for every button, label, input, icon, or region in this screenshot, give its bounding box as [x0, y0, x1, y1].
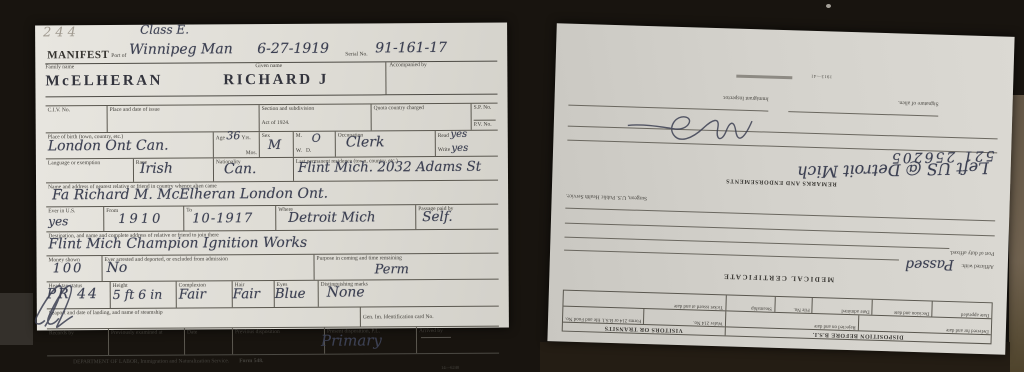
nationality-value: Can.: [224, 161, 257, 177]
port-of-duty-label: Port of duty affixed.: [950, 249, 995, 256]
scanner-corner-patch: [0, 293, 33, 345]
race-value: Irish: [140, 161, 173, 177]
scanner-speck: [826, 4, 831, 8]
name-row: Family name McELHERAN Given name RICHARD…: [45, 62, 497, 98]
alien-signature-line: [788, 111, 938, 128]
port-value: Winnipeg Man: [129, 41, 233, 58]
serial-value: 91-161-17: [375, 40, 447, 56]
section-subdivision-label: Section and subdivision: [262, 105, 369, 112]
money-shown-value: 100: [53, 261, 84, 276]
accompanied-by-label: Accompanied by: [389, 62, 497, 69]
decision-date-label: Decision and date: [875, 308, 930, 315]
act-1924-label: Act of 1924.: [262, 119, 369, 126]
print-code-back: 1913—41: [811, 74, 833, 80]
signature-row: Signature of alien. Immigrant Inspector.: [568, 87, 999, 131]
to-value: 10-1917: [192, 211, 253, 226]
widowed-label: W.: [296, 147, 302, 153]
date-value: 6-27-1919: [257, 41, 329, 57]
steamship-label: Steamship: [728, 304, 772, 311]
signature-of-alien-label: Signature of alien.: [898, 99, 939, 106]
family-name-label: Family name: [45, 63, 215, 71]
serial-label: Serial No.: [345, 51, 367, 57]
print-code-front: 14—6240: [441, 365, 459, 370]
marital-value: O: [312, 132, 321, 145]
civ-no-label: C.I.V. No.: [48, 107, 105, 114]
date-admitted-label: Date admitted: [815, 307, 870, 314]
date-appealed-label: Date appealed: [934, 310, 989, 317]
place-of-birth-value: London Ont Can.: [48, 138, 169, 155]
issue-row: C.I.V. No. Place and date of issue Secti…: [46, 103, 498, 134]
destination-value: Flint Mich Champion Ignition Works: [48, 235, 307, 253]
port-label: Port of: [111, 53, 126, 59]
sex-value: M: [268, 138, 281, 153]
relative-row: Name and address of nearest relative or …: [46, 181, 498, 208]
seaport-row: Seaport and date of landing, and name of…: [47, 307, 499, 330]
family-name-value: McELHERAN: [45, 73, 163, 91]
previously-examined-label: Previously examined at: [111, 330, 182, 337]
manifest-card-back: DISPOSITION BEFORE B.S.I. Deferred for a…: [547, 23, 1014, 354]
hair-value: Fair: [233, 286, 260, 302]
write-value: yes: [451, 142, 468, 153]
age-value: 36: [226, 129, 240, 142]
height-value: 5 ft 6 in: [113, 287, 163, 302]
manifest-card-front: 244 Class E. MANIFEST Port of Winnipeg M…: [35, 23, 509, 331]
manifest-title: MANIFEST: [47, 49, 109, 61]
purpose-label: Purpose in coming and time remaining: [316, 255, 496, 263]
money-row: Money shown 100 Ever arrested and deport…: [46, 254, 498, 283]
occupation-value: Clerk: [346, 134, 385, 150]
records-by-label: Records by: [49, 330, 106, 337]
age-label: Age: [216, 135, 225, 141]
ever-arrested-value: No: [107, 260, 128, 276]
distinguishing-marks-value: None: [327, 284, 365, 300]
class-annotation: Class E.: [140, 23, 189, 37]
read-label: Read: [438, 133, 449, 139]
place-date-issue-label: Place and date of issue: [110, 106, 257, 113]
age-yrs-label: Yrs.: [241, 135, 250, 141]
arrived-by-line: [421, 337, 451, 338]
read-value: yes: [450, 129, 467, 140]
gen-im-card-label: Gen. Im. Identification card No.: [363, 314, 497, 321]
sp-no-label: S.P. No.: [474, 105, 496, 112]
ever-in-us-row: Ever in U.S. yes From 1910 To 10-1917 Wh…: [46, 205, 498, 233]
previous-disposition-label: Previous disposition: [235, 329, 322, 336]
afflicted-with-label: Afflicted with:: [961, 262, 994, 269]
front-footer: DEPARTMENT OF LABOR, Immigration and Nat…: [47, 357, 499, 366]
married-label: M.: [296, 133, 302, 139]
language-label: Language or exemption: [48, 160, 131, 167]
where-value: Detroit Mich: [288, 209, 375, 226]
nearest-relative-value: Fa Richard M. McElheran London Ont.: [52, 186, 328, 204]
purpose-value: Perm: [375, 262, 409, 277]
medical-certificate-header: MEDICAL CERTIFICATE: [722, 272, 834, 283]
inspector-signature: [607, 107, 758, 151]
eyes-value: Blue: [275, 286, 306, 302]
form-number: Form 548.: [239, 358, 263, 364]
quota-country-label: Quota country charged: [374, 105, 469, 112]
given-name-value: RICHARD J: [223, 72, 329, 90]
from-value: 1910: [118, 212, 163, 227]
complexion-value: Fair: [179, 286, 206, 302]
destination-row: Destination, and name and complete addre…: [46, 230, 498, 257]
department-imprint: DEPARTMENT OF LABOR, Immigration and Nat…: [73, 358, 229, 365]
surgeon-label: Surgeon, U.S. Public Health Service.: [566, 193, 648, 201]
physical-row: Head tax status PR 44 Height 5 ft 6 in C…: [47, 280, 499, 310]
clerk-flourish-signature: [31, 280, 111, 328]
age-mos-label: Mos.: [216, 150, 257, 157]
present-disposition-value: Primary: [321, 331, 382, 349]
manifest-header-line: MANIFEST Port of Winnipeg Man 6-27-1919 …: [45, 41, 497, 65]
pv-no-label: P.V. No.: [474, 119, 496, 128]
divorced-label: D.: [306, 147, 311, 153]
immigrant-inspector-label: Immigrant Inspector.: [722, 94, 768, 101]
given-name-label: Given name: [215, 62, 385, 70]
birth-row: Place of birth (town, country, etc.) Lon…: [46, 131, 498, 160]
write-label: Write: [438, 146, 450, 152]
wafer-214-label: Wafer 214 No.: [646, 318, 722, 326]
date-label: Date: [187, 329, 230, 336]
file-no-label: File No.: [777, 305, 810, 311]
records-row: Records by Previously examined at Date P…: [47, 327, 499, 357]
pencil-number: 244: [43, 25, 80, 40]
ever-arrested-label: Ever arrested and deported, or excluded …: [104, 256, 311, 264]
disposition-table: DISPOSITION BEFORE B.S.I. Deferred for a…: [562, 290, 993, 345]
residence-row: Language or exemption Race Irish Nationa…: [46, 157, 498, 184]
last-residence-value: Flint Mich. 2032 Adams St: [298, 159, 481, 176]
forms-214-label: Forms 214 or B.S.I. file and Food No.: [565, 315, 641, 323]
scanned-document-page: { "front": { "pencil_number": "244", "cl…: [0, 0, 1024, 372]
gpo-imprint-smudge: [737, 75, 793, 80]
arrived-by-label: Arrived by: [419, 328, 497, 335]
passage-paid-value: Self.: [422, 209, 452, 225]
ever-in-us-value: yes: [48, 214, 68, 228]
